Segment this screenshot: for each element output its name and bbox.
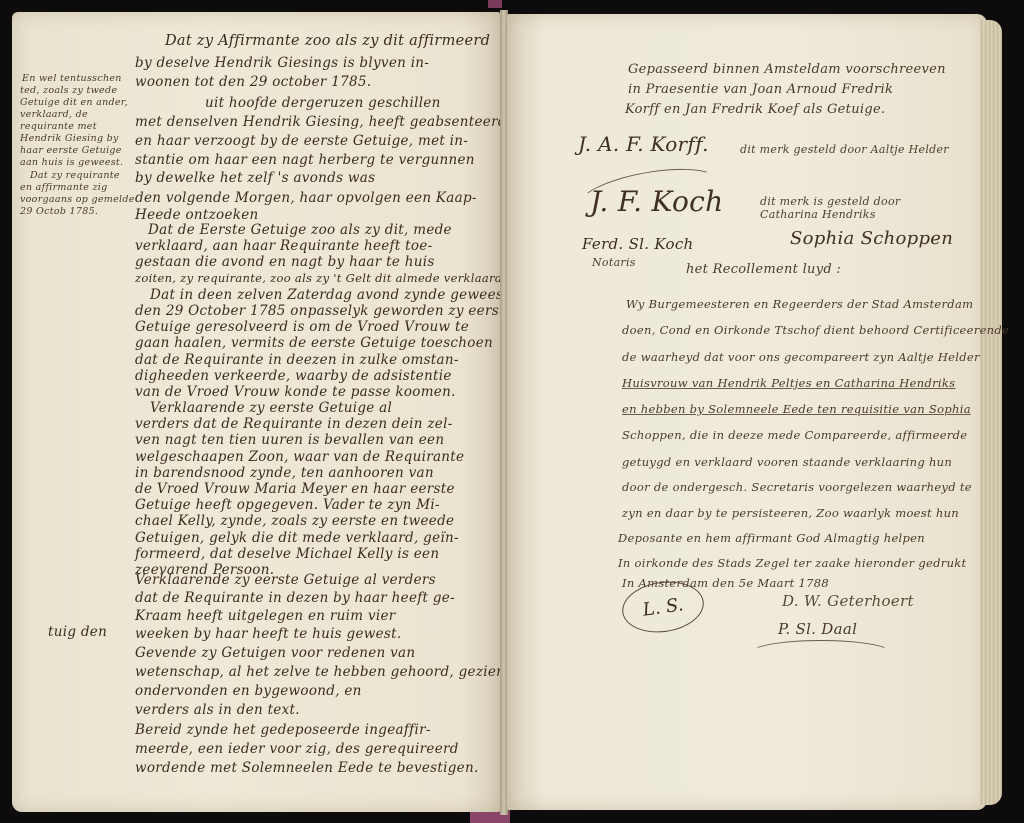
text-line: Heede ontzoeken [135, 207, 259, 223]
page-stack-edge [980, 20, 1002, 805]
text-line: by dewelke het zelf 's avonds was [135, 170, 375, 186]
text-line: Dat in deen zelven Zaterdag avond zynde … [150, 287, 509, 303]
open-register-book: En wel tentusschen ted, zoals zy twede G… [0, 0, 1024, 823]
text-line: den 29 October 1785 onpasselyk geworden … [135, 303, 513, 319]
text-line: zyn en daar by te persisteeren, Zoo waar… [622, 506, 959, 520]
heading-line: Gepasseerd binnen Amsteldam voorschreeve… [628, 62, 946, 77]
text-line: meerde, een ieder voor zig, des gerequir… [135, 741, 459, 757]
text-line: verders als in den text. [135, 702, 300, 718]
text-line: verklaard, aan haar Requirante heeft toe… [135, 238, 432, 254]
heading-line: in Praesentie van Joan Arnoud Fredrik [628, 82, 893, 97]
text-line: Wy Burgemeesteren en Regeerders der Stad… [626, 297, 973, 311]
text-line: in barendsnood zynde, ten aanhooren van [135, 465, 434, 481]
text-line: stantie om haar een nagt herberg te verg… [135, 152, 475, 168]
text-line: de Vroed Vrouw Maria Meyer en haar eerst… [135, 481, 455, 497]
text-line: wordende met Solemneelen Eede te bevesti… [135, 760, 479, 776]
text-line: uit hoofde dergeruzen geschillen [205, 95, 441, 111]
text-line: Gevende zy Getuigen voor redenen van [135, 645, 415, 661]
text-line: gestaan die avond en nagt by haar te hui… [135, 254, 435, 270]
text-line: weeken by haar heeft te huis gewest. [135, 626, 401, 642]
text-line: Verklaarende zy eerste Getuige al [150, 400, 392, 416]
text-line: Getuige heeft opgegeven. Vader te zyn Mi… [135, 497, 440, 513]
text-line: de waarheyd dat voor ons gecompareert zy… [622, 350, 980, 364]
text-line: Bereid zynde het gedeposeerde ingeaffir- [135, 722, 431, 738]
text-line: door de ondergesch. Secretaris voorgelez… [622, 480, 972, 494]
text-line: Huisvrouw van Hendrik Peltjes en Cathari… [622, 376, 955, 390]
text-line: getuygd en verklaard vooren staande verk… [622, 455, 952, 469]
text-line: den volgende Morgen, haar opvolgen een K… [135, 190, 477, 206]
text-line: digheeden verkeerde, waarby de adsistent… [135, 368, 452, 384]
text-line: formeerd, dat deselve Michael Kelly is e… [135, 546, 439, 562]
text-line: Verklaarende zy eerste Getuige al verder… [135, 572, 436, 588]
text-line: chael Kelly, zynde, zoals zy eerste en t… [135, 513, 454, 529]
text-line: welgeschaapen Zoon, waar van de Requiran… [135, 449, 464, 465]
text-line: ven nagt ten tien uuren is bevallen van … [135, 432, 444, 448]
signature-sophia-schoppen: Sophia Schoppen [790, 228, 953, 249]
margin-note: voorgaans op gemelde [20, 194, 135, 205]
heading-line: Korff en Jan Fredrik Koef als Getuige. [625, 102, 885, 117]
text-line: gaan haalen, vermits de eerste Getuige t… [135, 335, 493, 351]
text-line: ondervonden en bygewoond, en [135, 683, 362, 699]
margin-note: En wel tentusschen [22, 73, 122, 84]
mark-note-catharina-hendriks: dit merk is gesteld door Catharina Hendr… [760, 195, 960, 221]
text-line: dat de Requirante in deezen in zulke oms… [135, 352, 459, 368]
margin-note: ted, zoals zy twede [20, 85, 117, 96]
text-line: Getuige geresolveerd is om de Vroed Vrou… [135, 319, 469, 335]
text-line: dat de Requirante in dezen by haar heeft… [135, 590, 455, 606]
text-line: verders dat de Requirante in dezen dein … [135, 416, 453, 432]
text-line: van de Vroed Vrouw konde te passe koomen… [135, 384, 456, 400]
signature-clerk-1: D. W. Geterhoert [782, 592, 914, 610]
margin-note: 29 Octob 1785. [20, 206, 98, 217]
text-line: woonen tot den 29 october 1785. [135, 74, 371, 90]
text-line: doen, Cond en Oirkonde Ttschof dient beh… [622, 323, 1009, 337]
mark-note-aaltje-helder: dit merk gesteld door Aaltje Helder [740, 143, 960, 156]
text-line: Deposante en hem affirmant God Almagtig … [618, 531, 925, 545]
margin-note-lower: tuig den [48, 624, 107, 640]
text-line: zoiten, zy requirante, zoo als zy 't Gel… [135, 271, 503, 285]
text-line: wetenschap, al het zelve te hebben gehoo… [135, 664, 510, 680]
text-line: by deselve Hendrik Giesings is blyven in… [135, 55, 429, 71]
margin-note: Hendrik Giesing by [20, 133, 119, 144]
text-line: met denselven Hendrik Giesing, heeft gea… [135, 114, 507, 130]
text-line: In oirkonde des Stads Zegel ter zaake hi… [618, 556, 966, 570]
text-line: Schoppen, die in deeze mede Compareerde,… [622, 428, 967, 442]
margin-note: verklaard, de [20, 109, 88, 120]
notary-title: Notaris [592, 256, 636, 269]
signature-clerk-2: P. Sl. Daal [778, 620, 857, 638]
margin-note: Dat zy requirante [30, 170, 120, 181]
text-line: en haar verzoogt by de eerste Getuige, m… [135, 133, 468, 149]
text-line: Dat zy Affirmante zoo als zy dit affirme… [165, 33, 490, 49]
text-line: en hebben by Solemneele Eede ten requisi… [622, 402, 971, 416]
margin-note: Getuige dit en ander, [20, 97, 128, 108]
margin-note: haar eerste Getuige [20, 145, 122, 156]
signature-flourish [750, 640, 892, 666]
margin-note: en affirmante zig [20, 182, 108, 193]
text-line: Kraam heeft uitgelegen en ruim vier [135, 608, 396, 624]
signature-korff: J. A. F. Korff. [578, 132, 709, 156]
text-line: Getuigen, gelyk die dit mede verklaard, … [135, 530, 459, 546]
margin-note: aan huis is geweest. [20, 157, 123, 168]
recollement-heading: het Recollement luyd : [686, 262, 841, 277]
text-line: Dat de Eerste Getuige zoo als zy dit, me… [148, 222, 452, 238]
binding-cover-edge [488, 0, 502, 8]
signature-notary: Ferd. Sl. Koch [582, 235, 693, 253]
margin-note: requirante met [20, 121, 97, 132]
